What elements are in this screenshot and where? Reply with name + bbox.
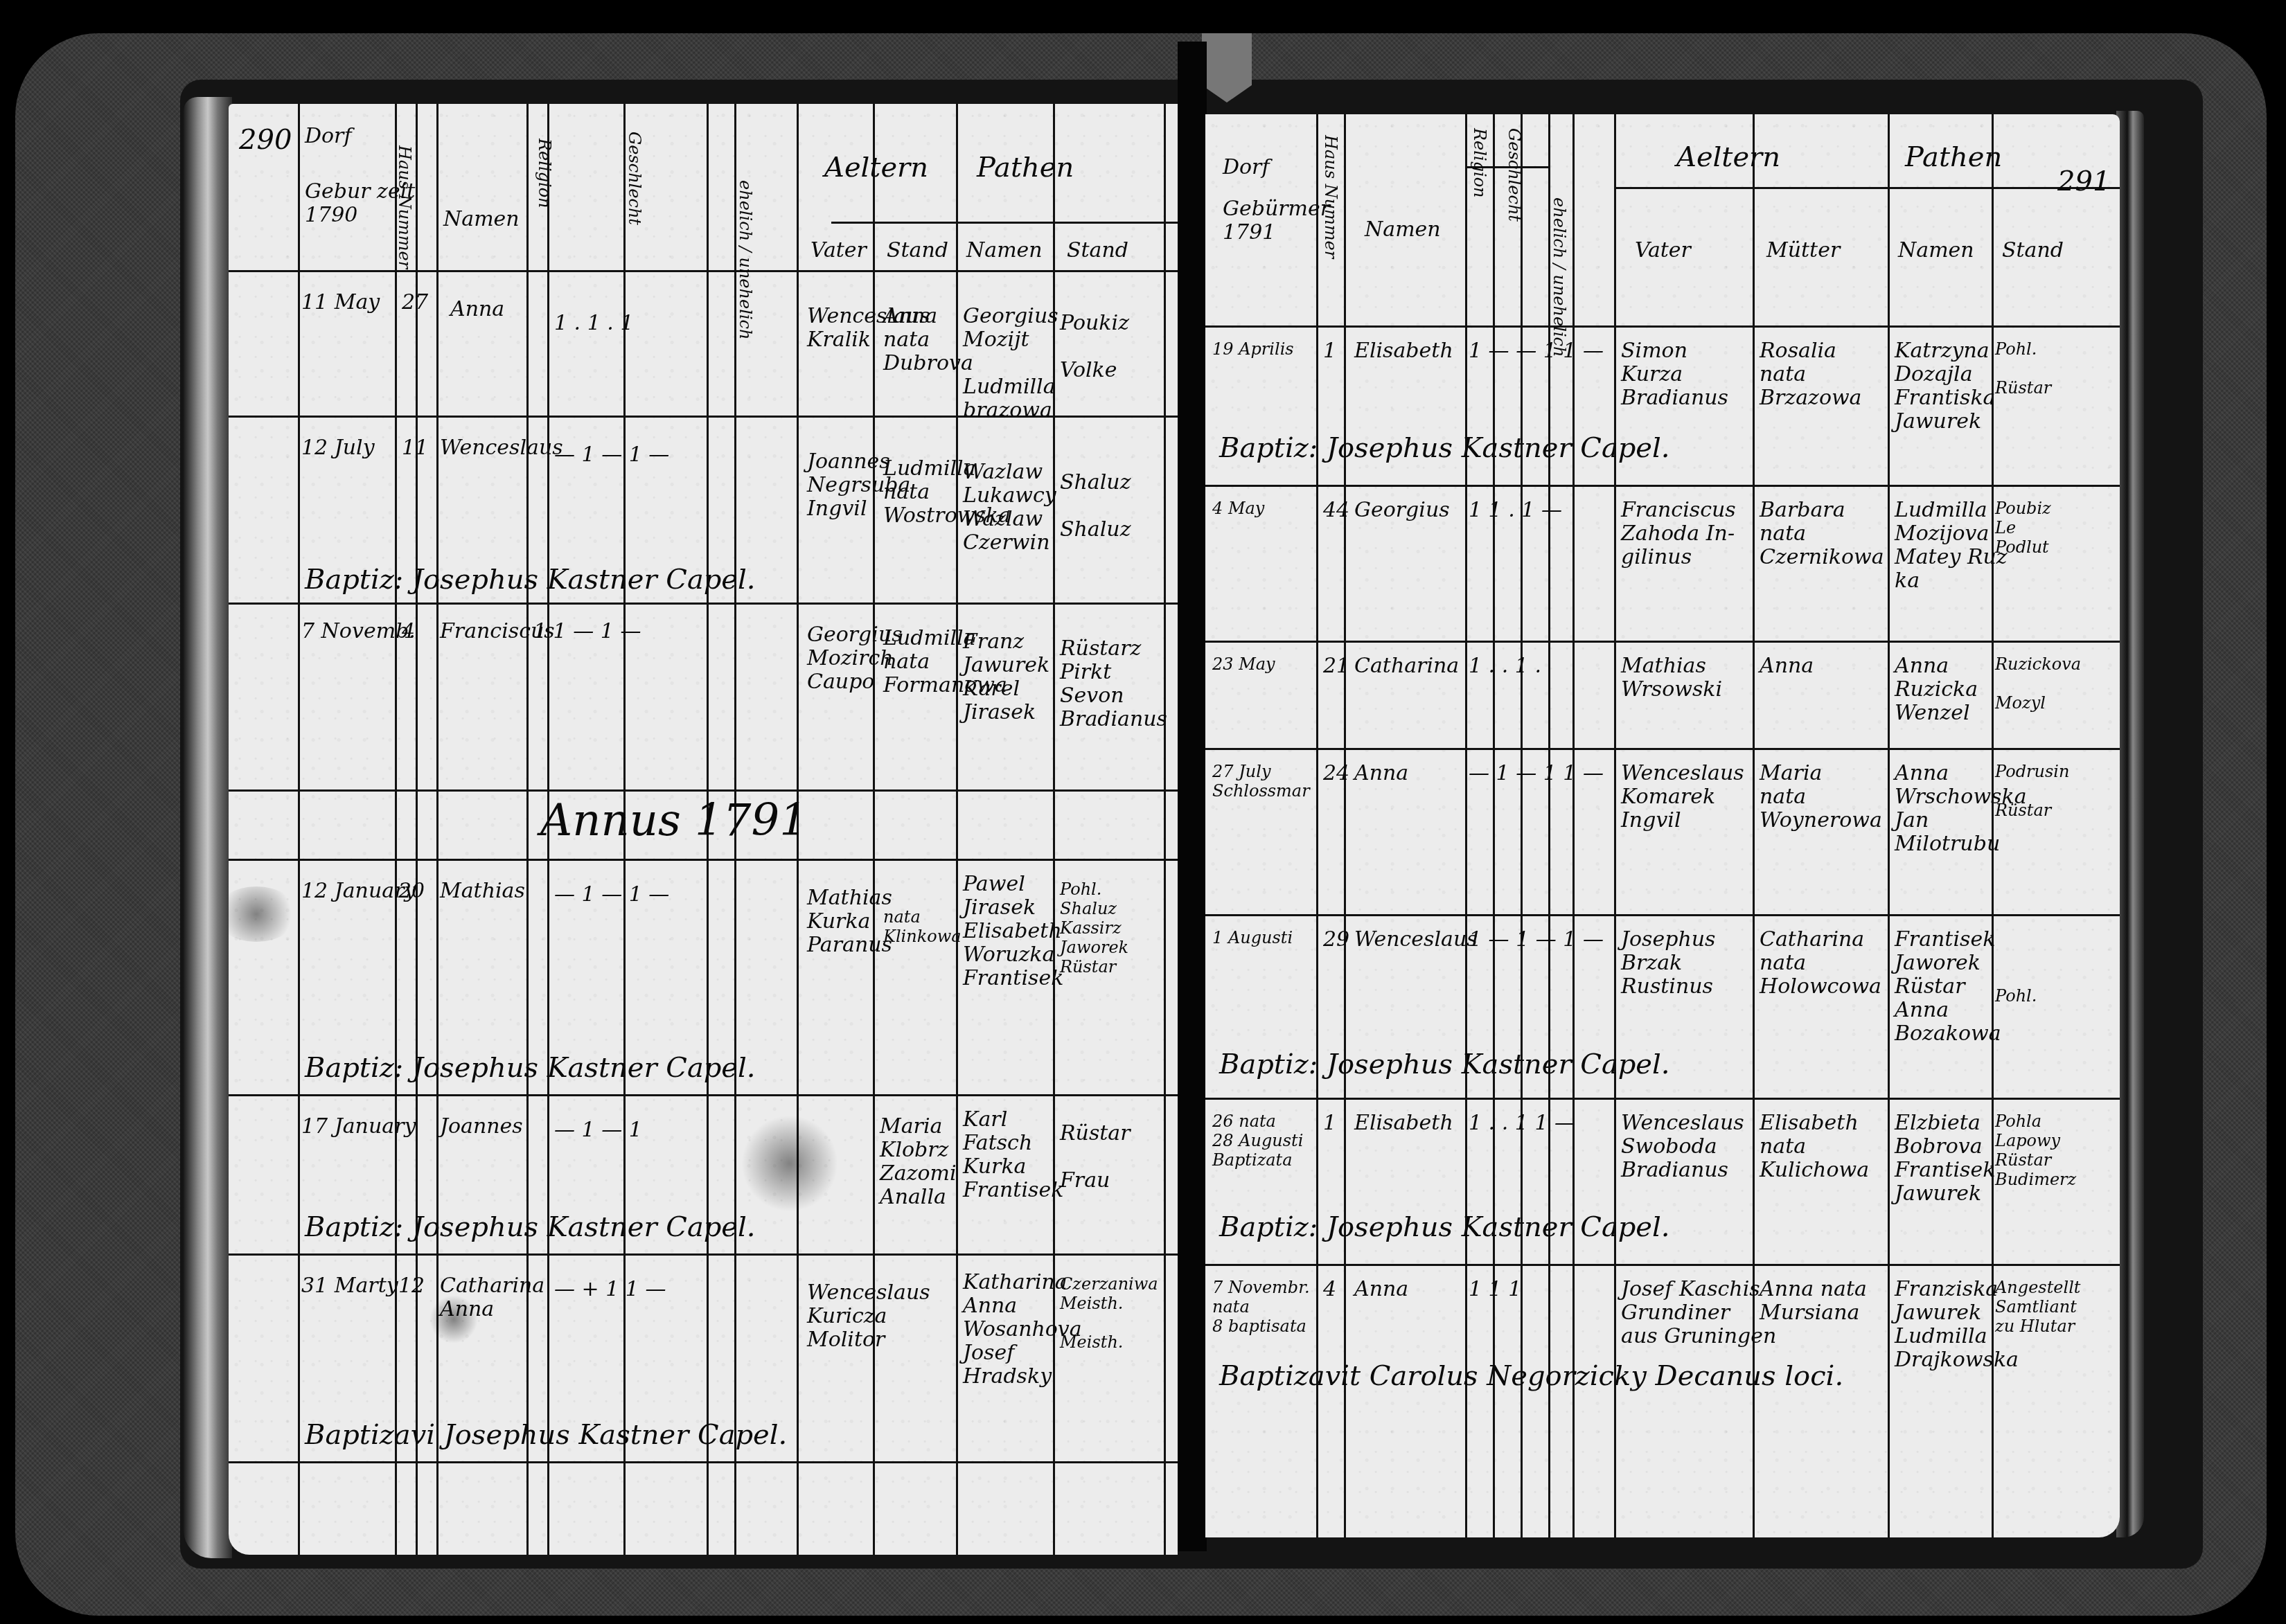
entry-date: 4 May bbox=[1212, 499, 1264, 518]
entry-marks: — 1 — 1 bbox=[554, 1118, 642, 1142]
header-name: Namen bbox=[1365, 218, 1441, 242]
header-godparent-stand: Stand bbox=[1067, 239, 1128, 262]
header-legitimacy: ehelich / unehelich bbox=[736, 180, 755, 339]
entry-godparent: Katrzyna Dozajla Frantiska Jawurek bbox=[1895, 339, 1995, 434]
entry-godparent: Ludmilla Mozijova Matey Ruz ka bbox=[1895, 499, 2008, 593]
entry-house: 12 bbox=[398, 1274, 425, 1298]
header-stand: Stand bbox=[887, 239, 948, 262]
entry-name: Anna bbox=[450, 298, 504, 321]
entry-godparent-stand: Czerzaniwa Meisth. Meisth. bbox=[1060, 1274, 1158, 1352]
header-legitimacy: ehelich / unehelich bbox=[1550, 197, 1569, 357]
entry-baptizer: Baptiz: Josephus Kastner Capel. bbox=[305, 1053, 756, 1083]
header-dorf: Dorf bbox=[305, 125, 352, 148]
entry-godparent: Karl Fatsch Kurka Frantisek bbox=[963, 1108, 1063, 1202]
entry-godparent-stand: Rüstar Frau bbox=[1060, 1122, 1131, 1193]
entry-marks: — 1 — 1 — bbox=[554, 883, 669, 907]
entry-marks: 1 . 1 . 1 bbox=[554, 312, 633, 335]
entry-godparent-stand: Pohl. bbox=[1995, 928, 2037, 1006]
header-parents: Aeltern bbox=[824, 152, 928, 183]
entry-godparent: Franz Jawurek Karel Jirasek bbox=[963, 630, 1049, 724]
right-page: 291 Dorf Gebürmer 1791 Haus Nummer Namen… bbox=[1205, 114, 2120, 1537]
entry-godparent-stand: Pohla Lapowy Rüstar Budimerz bbox=[1995, 1112, 2076, 1189]
entry-baptizer: Baptizavi Josephus Kastner Capel. bbox=[305, 1420, 787, 1450]
entry-date: 17 January bbox=[301, 1115, 416, 1139]
entry-house: 44 bbox=[1323, 499, 1349, 522]
entry-marks: 1 1 1 bbox=[1469, 1278, 1521, 1301]
ink-stain bbox=[741, 1115, 838, 1212]
entry-godparent-stand: Ruzickova Mozyl bbox=[1995, 654, 2081, 713]
entry-baptizer: Baptiz: Josephus Kastner Capel. bbox=[1219, 433, 1670, 463]
entry-marks: 1 — 1 — 1 — bbox=[1469, 928, 1604, 952]
header-gender: Geschlecht bbox=[1505, 128, 1524, 222]
entry-house: 4 bbox=[402, 620, 415, 643]
header-father: Vater bbox=[1635, 239, 1691, 262]
entry-name: Anna bbox=[1354, 1278, 1408, 1301]
header-gender: Geschlecht bbox=[625, 132, 644, 225]
entry-mother: Anna bbox=[1760, 654, 1814, 678]
header-father: Vater bbox=[810, 239, 867, 262]
entry-name: Mathias bbox=[440, 880, 525, 903]
entry-mother: Catharina nata Holowcowa bbox=[1760, 928, 1881, 999]
entry-house: 20 bbox=[398, 880, 425, 903]
entry-marks: 1 . . 1 . bbox=[1469, 654, 1541, 678]
entry-father: Josephus Brzak Rustinus bbox=[1621, 928, 1715, 999]
entry-mother: Maria nata Woynerowa bbox=[1760, 762, 1882, 832]
ink-stain bbox=[429, 1295, 478, 1344]
ink-stain bbox=[229, 886, 298, 942]
header-dorf: Dorf bbox=[1223, 156, 1270, 179]
page-number: 290 bbox=[239, 125, 292, 155]
entry-date: 11 May bbox=[301, 291, 380, 314]
header-godparent-stand: Stand bbox=[2002, 239, 2064, 262]
entry-name: Joannes bbox=[440, 1115, 523, 1139]
entry-godparent-stand: Pohl. Shaluz Kassirz Jaworek Rüstar bbox=[1060, 880, 1128, 976]
entry-house: 27 bbox=[402, 291, 428, 314]
entry-godparent: Frantisek Jaworek Rüstar Anna Bozakowa bbox=[1895, 928, 2001, 1046]
entry-date: 12 July bbox=[301, 436, 375, 460]
entry-godparent: Elzbieta Bobrova Frantisek Jawurek bbox=[1895, 1112, 1995, 1206]
entry-father: Franciscus Zahoda In- gilinus bbox=[1621, 499, 1736, 569]
entry-godparent-stand: Rüstarz Pirkt Sevon Bradianus bbox=[1060, 637, 1167, 731]
header-house-number: Haus Nummer bbox=[1321, 135, 1340, 258]
header-mother: Mütter bbox=[1766, 239, 1840, 262]
entry-godparent-stand: Podrusin Rüstar bbox=[1995, 762, 2069, 820]
entry-godparent: Wazlaw Lukawcy Wazlaw Czerwin bbox=[963, 461, 1056, 555]
entry-name: Anna bbox=[1354, 762, 1408, 785]
header-house-number: Haus Nummer bbox=[395, 145, 414, 269]
entry-name: Catharina bbox=[1354, 654, 1459, 678]
entry-house: 1 bbox=[1323, 1112, 1336, 1135]
book-gutter bbox=[1178, 42, 1207, 1551]
entry-baptizer: Baptiz: Josephus Kastner Capel. bbox=[1219, 1049, 1670, 1080]
header-godparents: Pathen bbox=[1905, 142, 2002, 172]
header-godparent-name: Namen bbox=[966, 239, 1043, 262]
header-date: Gebürmer 1791 bbox=[1223, 197, 1330, 244]
header-godparent-name: Namen bbox=[1898, 239, 1974, 262]
entry-godparent-stand: Pohl. Rüstar bbox=[1995, 339, 2051, 398]
entry-date: 7 Novemb. bbox=[301, 620, 416, 643]
entry-name: Wenceslaus bbox=[440, 436, 563, 460]
header-religion: Religion bbox=[1470, 128, 1489, 198]
entry-date: 19 Aprilis bbox=[1212, 339, 1294, 359]
right-page-edges bbox=[2116, 111, 2144, 1537]
entry-godparent: Pawel Jirasek Elisabeth Woruzka Frantise… bbox=[963, 873, 1063, 990]
entry-baptizer: Baptiz: Josephus Kastner Capel. bbox=[305, 1212, 756, 1242]
entry-mother: Anna nata Dubrova bbox=[883, 305, 973, 375]
entry-house: 29 bbox=[1323, 928, 1349, 952]
entry-name: Wenceslaus bbox=[1354, 928, 1478, 952]
entry-father: Mathias Kurka Paranus bbox=[807, 886, 892, 957]
entry-marks: 1 1 — 1 — bbox=[533, 620, 641, 643]
entry-house: 1 bbox=[1323, 339, 1336, 363]
entry-baptizer: Baptiz: Josephus Kastner Capel. bbox=[305, 564, 756, 595]
entry-mother: Rosalia nata Brzazowa bbox=[1760, 339, 1862, 410]
entry-father: Maria Klobrz Zazomi Analla bbox=[880, 1115, 957, 1209]
entry-father: Wenceslaus Swoboda Bradianus bbox=[1621, 1112, 1744, 1182]
entry-name: Elisabeth bbox=[1354, 1112, 1453, 1135]
entry-date: 23 May bbox=[1212, 654, 1275, 674]
header-parents: Aeltern bbox=[1676, 142, 1780, 172]
entry-father: Simon Kurza Bradianus bbox=[1621, 339, 1728, 410]
entry-marks: 1 1 . 1 — bbox=[1469, 499, 1562, 522]
entry-godparent-stand: Angestellt Samtliant zu Hlutar bbox=[1995, 1278, 2081, 1336]
entry-father: Mathias Wrsowski bbox=[1621, 654, 1722, 702]
entry-mother: Elisabeth nata Kulichowa bbox=[1760, 1112, 1869, 1182]
entry-baptizer: Baptizavit Carolus Negorzicky Decanus lo… bbox=[1219, 1361, 1843, 1391]
entry-house: 4 bbox=[1323, 1278, 1336, 1301]
entry-name: Elisabeth bbox=[1354, 339, 1453, 363]
entry-date: 27 July Schlossmar bbox=[1212, 762, 1310, 801]
header-religion: Religion bbox=[535, 139, 554, 208]
entry-marks: 1 — — 1 1 — bbox=[1469, 339, 1604, 363]
entry-godparent-stand: Poubiz Le Podlut bbox=[1995, 499, 2051, 557]
entry-godparent: Georgius Mozijt Ludmilla brazowa bbox=[963, 305, 1058, 422]
year-banner: Annus 1791 bbox=[540, 796, 808, 845]
entry-mother: nata Klinkowa bbox=[883, 907, 962, 946]
entry-marks: 1 . . 1 1 — bbox=[1469, 1112, 1575, 1135]
entry-godparent-stand: Shaluz Shaluz bbox=[1060, 471, 1131, 542]
left-page: 290 Dorf Gebur zeit 1790 Haus Nummer Nam… bbox=[229, 104, 1178, 1555]
entry-date: 26 nata 28 Augusti Baptizata bbox=[1212, 1112, 1303, 1170]
header-name: Namen bbox=[443, 208, 520, 231]
entry-house: 21 bbox=[1323, 654, 1349, 678]
entry-baptizer: Baptiz: Josephus Kastner Capel. bbox=[1219, 1212, 1670, 1242]
header-godparents: Pathen bbox=[977, 152, 1074, 183]
entry-date: 7 Novembr. nata 8 baptisata bbox=[1212, 1278, 1310, 1336]
entry-marks: — 1 — 1 — bbox=[554, 443, 669, 467]
entry-marks: — 1 — 1 1 — bbox=[1469, 762, 1604, 785]
entry-mother: Barbara nata Czernikowa bbox=[1760, 499, 1884, 569]
left-page-edges bbox=[184, 97, 232, 1558]
entry-house: 11 bbox=[402, 436, 428, 460]
entry-house: 24 bbox=[1323, 762, 1349, 785]
entry-mother: Anna nata Mursiana bbox=[1760, 1278, 1867, 1325]
entry-father: Wenceslaus Kuricza Molitor bbox=[807, 1281, 930, 1352]
entry-father: Wenceslaus Komarek Ingvil bbox=[1621, 762, 1744, 832]
entry-date: 31 Marty bbox=[301, 1274, 398, 1298]
entry-date: 1 Augusti bbox=[1212, 928, 1293, 947]
entry-marks: — + 1 1 — bbox=[554, 1278, 666, 1301]
page-number: 291 bbox=[2057, 166, 2110, 197]
entry-godparent: Anna Ruzicka Wenzel bbox=[1895, 654, 1978, 725]
entry-name: Georgius bbox=[1354, 499, 1450, 522]
entry-godparent-stand: Poukiz Volke bbox=[1060, 312, 1129, 382]
entry-father: Josef Kaschis Grundiner aus Gruningen bbox=[1621, 1278, 1776, 1348]
